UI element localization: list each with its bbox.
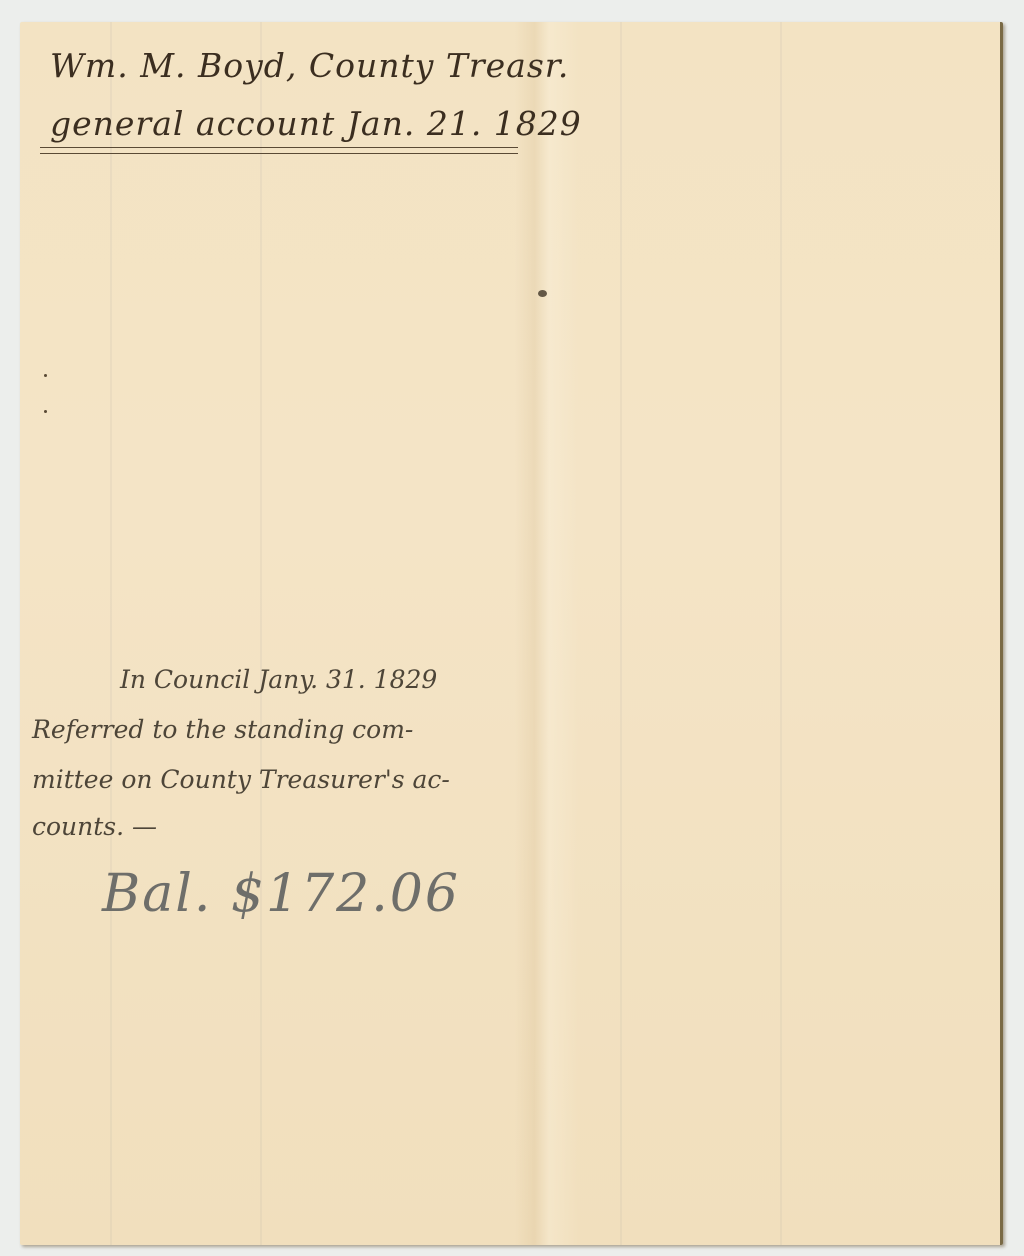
council-note-line-4: counts. — <box>32 812 157 841</box>
bleed-through-rule <box>260 22 262 1245</box>
bleed-through-rule <box>620 22 622 1245</box>
docket-underline-bottom <box>40 153 518 154</box>
bleed-through-rule <box>780 22 782 1245</box>
docket-title-line-1: Wm. M. Boyd, County Treasr. <box>50 46 569 85</box>
ink-speck <box>44 374 47 377</box>
paper-sheet: Wm. M. Boyd, County Treasr. general acco… <box>20 22 1003 1245</box>
council-note-line-2: Referred to the standing com- <box>32 715 413 744</box>
balance-note: Bal. $172.06 <box>102 864 460 924</box>
scanned-document: Wm. M. Boyd, County Treasr. general acco… <box>0 0 1024 1256</box>
council-note-line-1: In Council Jany. 31. 1829 <box>120 665 437 694</box>
ink-blot <box>538 290 547 297</box>
bleed-through-rule <box>110 22 112 1245</box>
council-note-line-3: mittee on County Treasurer's ac- <box>32 765 450 794</box>
docket-title-line-2: general account Jan. 21. 1829 <box>50 104 582 143</box>
ink-speck <box>44 410 47 413</box>
docket-underline-top <box>40 147 518 148</box>
